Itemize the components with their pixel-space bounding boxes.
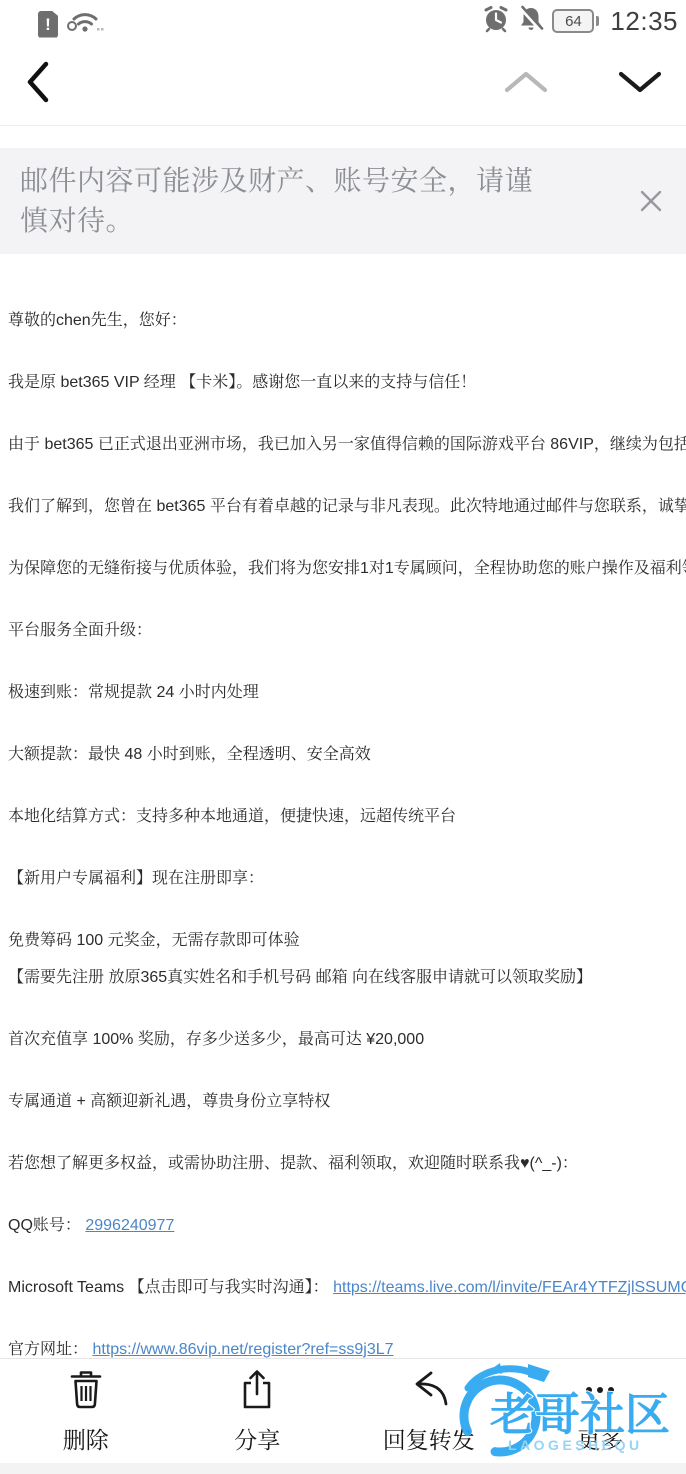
email-body: 尊敬的chen先生，您好： 我是原 bet365 VIP 经理 【卡米】。感谢您… xyxy=(0,254,686,1358)
status-bar: ! xyxy=(0,0,686,38)
back-button[interactable] xyxy=(23,59,53,105)
more-button[interactable]: 更多 xyxy=(515,1359,686,1464)
sim-alert-icon: ! xyxy=(38,11,58,38)
email-paragraph: 首次充值享 100% 奖励，存多少送多少，最高可达 ¥20,000 xyxy=(8,1029,686,1051)
qq-label: QQ账号： xyxy=(8,1217,81,1234)
status-right-icons: 64 12:35 xyxy=(482,5,678,38)
bottom-toolbar: 删除 分享 回复转发 xyxy=(0,1358,686,1464)
site-contact-row: 官方网址： https://www.86vip.net/register?ref… xyxy=(8,1339,686,1358)
trash-icon xyxy=(65,1368,107,1415)
teams-label: Microsoft Teams 【点击即可与我实时沟通】： xyxy=(8,1279,329,1296)
battery-icon: 64 xyxy=(552,9,594,33)
alarm-icon xyxy=(482,5,510,38)
nav-bar xyxy=(0,38,686,126)
qq-contact-row: QQ账号： 2996240977 xyxy=(8,1215,686,1237)
reply-forward-label: 回复转发 xyxy=(383,1422,475,1455)
email-paragraph: 为保障您的无缝衔接与优质体验，我们将为您安排1对1专属顾问，全程协助您的账户操作… xyxy=(8,558,686,580)
status-time: 12:35 xyxy=(610,6,678,37)
notifications-muted-icon xyxy=(517,5,545,38)
email-paragraph: 我是原 bet365 VIP 经理 【卡米】。感谢您一直以来的支持与信任！ xyxy=(8,372,686,394)
email-paragraph: 【需要先注册 放原365真实姓名和手机号码 邮箱 向在线客服申请就可以领取奖励】 xyxy=(8,967,686,989)
share-icon xyxy=(236,1368,278,1415)
email-paragraph: 由于 bet365 已正式退出亚洲市场，我已加入另一家值得信赖的国际游戏平台 8… xyxy=(8,434,686,456)
mail-reader-screen: ! xyxy=(0,0,686,1474)
email-paragraph: 专属通道 + 高额迎新礼遇，尊贵身份立享特权 xyxy=(8,1091,686,1113)
security-warning-text: 邮件内容可能涉及财产、账号安全，请谨慎对待。 xyxy=(20,161,550,241)
share-button[interactable]: 分享 xyxy=(172,1359,344,1464)
qq-number-link[interactable]: 2996240977 xyxy=(85,1217,174,1234)
site-label: 官方网址： xyxy=(8,1341,88,1358)
wifi-icon xyxy=(64,5,104,38)
email-paragraph: 免费筹码 100 元奖金，无需存款即可体验 xyxy=(8,930,686,952)
previous-mail-button[interactable] xyxy=(503,69,549,95)
teams-contact-row: Microsoft Teams 【点击即可与我实时沟通】： https://te… xyxy=(8,1277,686,1299)
battery-tip xyxy=(596,16,599,26)
email-paragraph: 大额提款：最快 48 小时到账，全程透明、安全高效 xyxy=(8,744,686,766)
email-paragraph: 【新用户专属福利】现在注册即享： xyxy=(8,868,686,890)
reply-forward-button[interactable]: 回复转发 xyxy=(343,1359,515,1464)
close-icon[interactable] xyxy=(636,186,666,216)
email-paragraph: 尊敬的chen先生，您好： xyxy=(8,310,686,332)
next-mail-button[interactable] xyxy=(617,69,663,95)
more-dots-icon xyxy=(579,1368,621,1415)
email-paragraph: 平台服务全面升级： xyxy=(8,620,686,642)
delete-button[interactable]: 删除 xyxy=(0,1359,172,1464)
teams-invite-link[interactable]: https://teams.live.com/l/invite/FEAr4YTF… xyxy=(333,1279,686,1296)
official-site-link[interactable]: https://www.86vip.net/register?ref=ss9j3… xyxy=(92,1341,393,1358)
status-left-icons: ! xyxy=(38,5,104,38)
share-label: 分享 xyxy=(234,1422,280,1455)
email-paragraph: 极速到账：常规提款 24 小时内处理 xyxy=(8,682,686,704)
email-paragraph: 本地化结算方式：支持多种本地通道，便捷快速，远超传统平台 xyxy=(8,806,686,828)
delete-label: 删除 xyxy=(63,1422,109,1455)
email-paragraph: 若您想了解更多权益，或需协助注册、提款、福利领取，欢迎随时联系我♥(^_-)： xyxy=(8,1153,686,1175)
more-label: 更多 xyxy=(577,1422,623,1455)
security-warning-banner: 邮件内容可能涉及财产、账号安全，请谨慎对待。 xyxy=(0,148,686,254)
email-paragraph: 我们了解到，您曾在 bet365 平台有着卓越的记录与非凡表现。此次特地通过邮件… xyxy=(8,496,686,518)
reply-arrow-icon xyxy=(406,1368,452,1415)
mail-navigation-arrows xyxy=(503,69,663,95)
gesture-bar-area xyxy=(0,1463,686,1474)
